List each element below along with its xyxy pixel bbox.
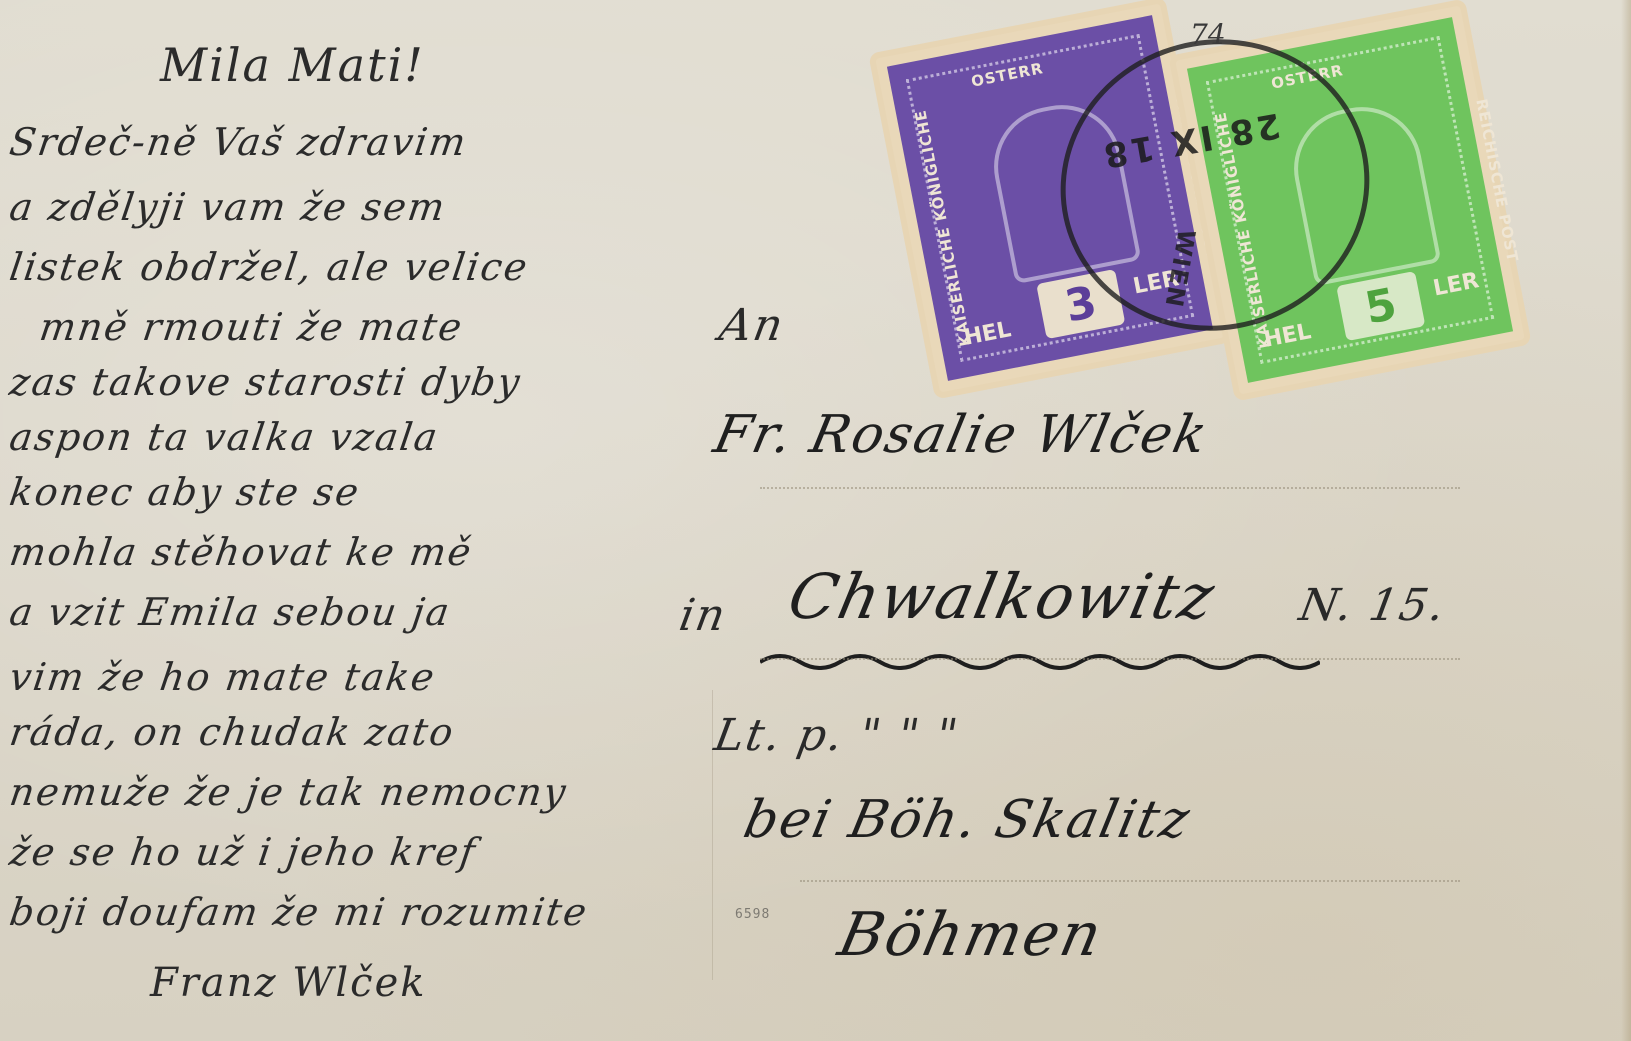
divider-line xyxy=(712,690,713,980)
address-dotted-line xyxy=(800,880,1460,882)
region: Böhmen xyxy=(833,900,1110,970)
message-line: aspon ta valka vzala xyxy=(7,415,442,459)
message-line: mně rmouti že mate xyxy=(37,305,466,349)
postcard: Mila Mati! Srdeč-ně Vaš zdravim a zdělyj… xyxy=(0,0,1631,1041)
message-line: a zdělyji vam že sem xyxy=(7,185,449,229)
message-line: vim že ho mate take xyxy=(7,655,439,699)
message-line: zas takove starosti dyby xyxy=(7,360,524,404)
greeting: Mila Mati! xyxy=(160,38,425,92)
message-line: listek obdržel, ale velice xyxy=(7,245,532,289)
print-number: 6598 xyxy=(735,907,770,922)
address-dotted-line xyxy=(760,658,1460,660)
pencil-note: 74 xyxy=(1190,18,1226,51)
post-line: Lt. p. " " " xyxy=(711,710,964,761)
town-prefix: in xyxy=(676,590,731,641)
message-line: a vzit Emila sebou ja xyxy=(7,590,454,634)
message-line: konec aby ste se xyxy=(7,470,363,514)
house-number: N. 15. xyxy=(1296,580,1451,631)
signature: Franz Wlček xyxy=(150,960,427,1006)
message-line: Srdeč-ně Vaš zdravim xyxy=(7,120,470,164)
address-prefix: An xyxy=(716,300,789,351)
address-dotted-line xyxy=(760,487,1460,489)
message-line: mohla stěhovat ke mě xyxy=(7,530,476,574)
recipient-name: Fr. Rosalie Wlček xyxy=(709,405,1214,465)
message-line: ráda, on chudak zato xyxy=(7,710,458,754)
stamp-legend-right: REICHISCHE POST xyxy=(1472,97,1521,264)
message-line: boji doufam že mi rozumite xyxy=(7,890,591,934)
town-name: Chwalkowitz xyxy=(782,560,1222,633)
message-line: že se ho už i jeho kref xyxy=(7,830,480,874)
near-town: bei Böh. Skalitz xyxy=(739,790,1197,850)
message-line: nemuže že je tak nemocny xyxy=(7,770,570,814)
